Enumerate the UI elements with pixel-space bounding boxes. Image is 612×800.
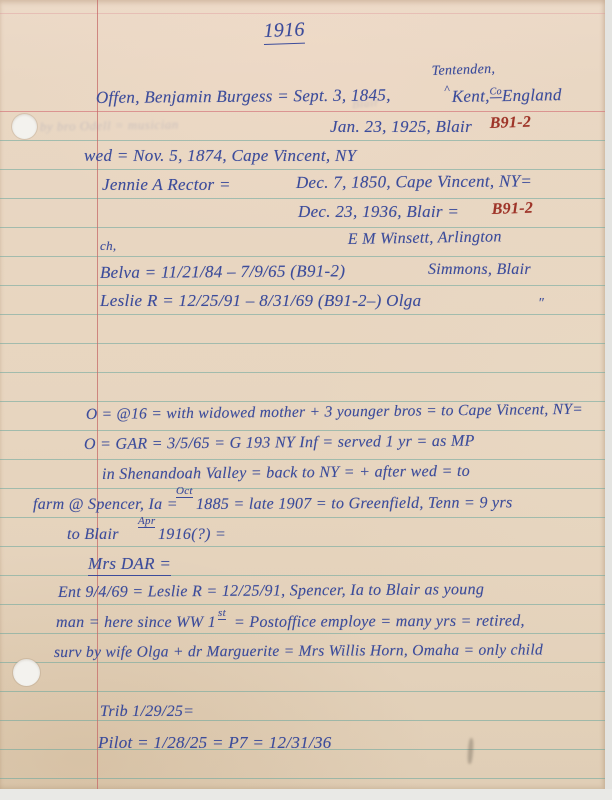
notes-line-2: O = GAR = 3/5/65 = G 193 NY Inf = served… xyxy=(84,433,475,454)
birthplace-insertion: Tentenden, xyxy=(431,62,495,80)
insertion-caret: ^ xyxy=(444,82,449,97)
pilot-citation: Pilot = 1/28/25 = P7 = 12/31/36 xyxy=(98,733,332,753)
spouse-birth: Dec. 7, 1850, Cape Vincent, NY= xyxy=(296,171,532,193)
ruled-line xyxy=(0,227,605,228)
ruled-line xyxy=(0,13,605,14)
ruled-line xyxy=(0,488,605,489)
ruled-line xyxy=(0,633,605,634)
family-code-red: B91-2 xyxy=(489,114,531,133)
obituary-line-2-start: man = here since WW 1 xyxy=(56,614,216,632)
st-superscript: st xyxy=(218,608,226,620)
child-belva-line: Belva = 11/21/84 – 7/9/65 (B91-2) xyxy=(100,261,345,283)
birthplace-county: Kent, xyxy=(452,86,490,106)
paper-sheet: sur by bro Odell = musician Blair 1916 T… xyxy=(0,0,605,789)
tribune-citation: Trib 1/29/25= xyxy=(100,703,194,721)
scanner-edge-right xyxy=(605,0,612,800)
ruled-line xyxy=(0,111,605,112)
ink-smudge xyxy=(467,738,474,764)
ruled-line xyxy=(0,430,605,431)
spouse-name: Jennie A Rector = xyxy=(102,175,231,195)
scanned-genealogy-page: { "document": { "heading_year": "1916", … xyxy=(0,0,612,800)
informant-line: E M Winsett, Arlington xyxy=(348,228,502,249)
ruled-line xyxy=(0,604,605,605)
name-and-birth-line: Offen, Benjamin Burgess = Sept. 3, 1845, xyxy=(96,85,391,108)
hole-punch-bottom xyxy=(13,659,40,686)
child-belva-married-name: Simmons, Blair xyxy=(428,261,531,279)
oct-superscript: Oct xyxy=(176,486,193,498)
ruled-line xyxy=(0,285,605,286)
ruled-line xyxy=(0,662,605,663)
children-label: ch, xyxy=(100,238,116,254)
ruled-line xyxy=(0,343,605,344)
apr-superscript: Apr xyxy=(138,516,155,528)
notes-line-5-end: 1916(?) = xyxy=(158,526,226,544)
ruled-line xyxy=(0,372,605,373)
ruled-line xyxy=(0,198,605,199)
obituary-line-2-end: = Postoffice employe = many yrs = retire… xyxy=(234,612,525,632)
mrs-dar-heading: Mrs DAR = xyxy=(88,554,171,576)
ruled-line xyxy=(0,314,605,315)
notes-line-3: in Shenandoah Valley = back to NY = + af… xyxy=(102,463,470,484)
notes-line-5-start: to Blair xyxy=(67,526,119,544)
ruled-line xyxy=(0,720,605,721)
ruled-line xyxy=(0,256,605,257)
spouse-death: Dec. 23, 1936, Blair = xyxy=(298,202,459,222)
scanner-edge-bottom xyxy=(0,789,612,800)
ruled-line xyxy=(0,691,605,692)
hole-punch-top xyxy=(12,114,37,139)
ruled-line xyxy=(0,169,605,170)
notes-line-1: O = @16 = with widowed mother + 3 younge… xyxy=(86,401,583,424)
year-heading: 1916 xyxy=(263,19,305,45)
birthplace-line: Kent,CoEngland xyxy=(452,85,562,107)
notes-line-4-start: farm @ Spencer, Ia = xyxy=(33,496,178,514)
ruled-line xyxy=(0,140,605,141)
obituary-line-1: Ent 9/4/69 = Leslie R = 12/25/91, Spence… xyxy=(58,581,484,602)
ruled-line xyxy=(0,778,605,779)
marriage-line: wed = Nov. 5, 1874, Cape Vincent, NY xyxy=(84,146,356,166)
ruled-line xyxy=(0,459,605,460)
ruled-line xyxy=(0,546,605,547)
death-date-line: Jan. 23, 1925, Blair xyxy=(330,117,472,137)
family-code-red: B91-2 xyxy=(491,200,533,219)
child-leslie-line: Leslie R = 12/25/91 – 8/31/69 (B91-2–) O… xyxy=(100,291,421,311)
bleedthrough-text: sur by bro Odell = musician xyxy=(18,117,179,136)
ditto-mark: ″ xyxy=(538,296,544,312)
ruled-line xyxy=(0,517,605,518)
obituary-line-3: surv by wife Olga + dr Marguerite = Mrs … xyxy=(54,641,543,662)
notes-line-4-end: 1885 = late 1907 = to Greenfield, Tenn =… xyxy=(196,494,513,514)
birthplace-co-superscript: Co xyxy=(490,86,502,98)
birthplace-country: England xyxy=(502,85,562,105)
